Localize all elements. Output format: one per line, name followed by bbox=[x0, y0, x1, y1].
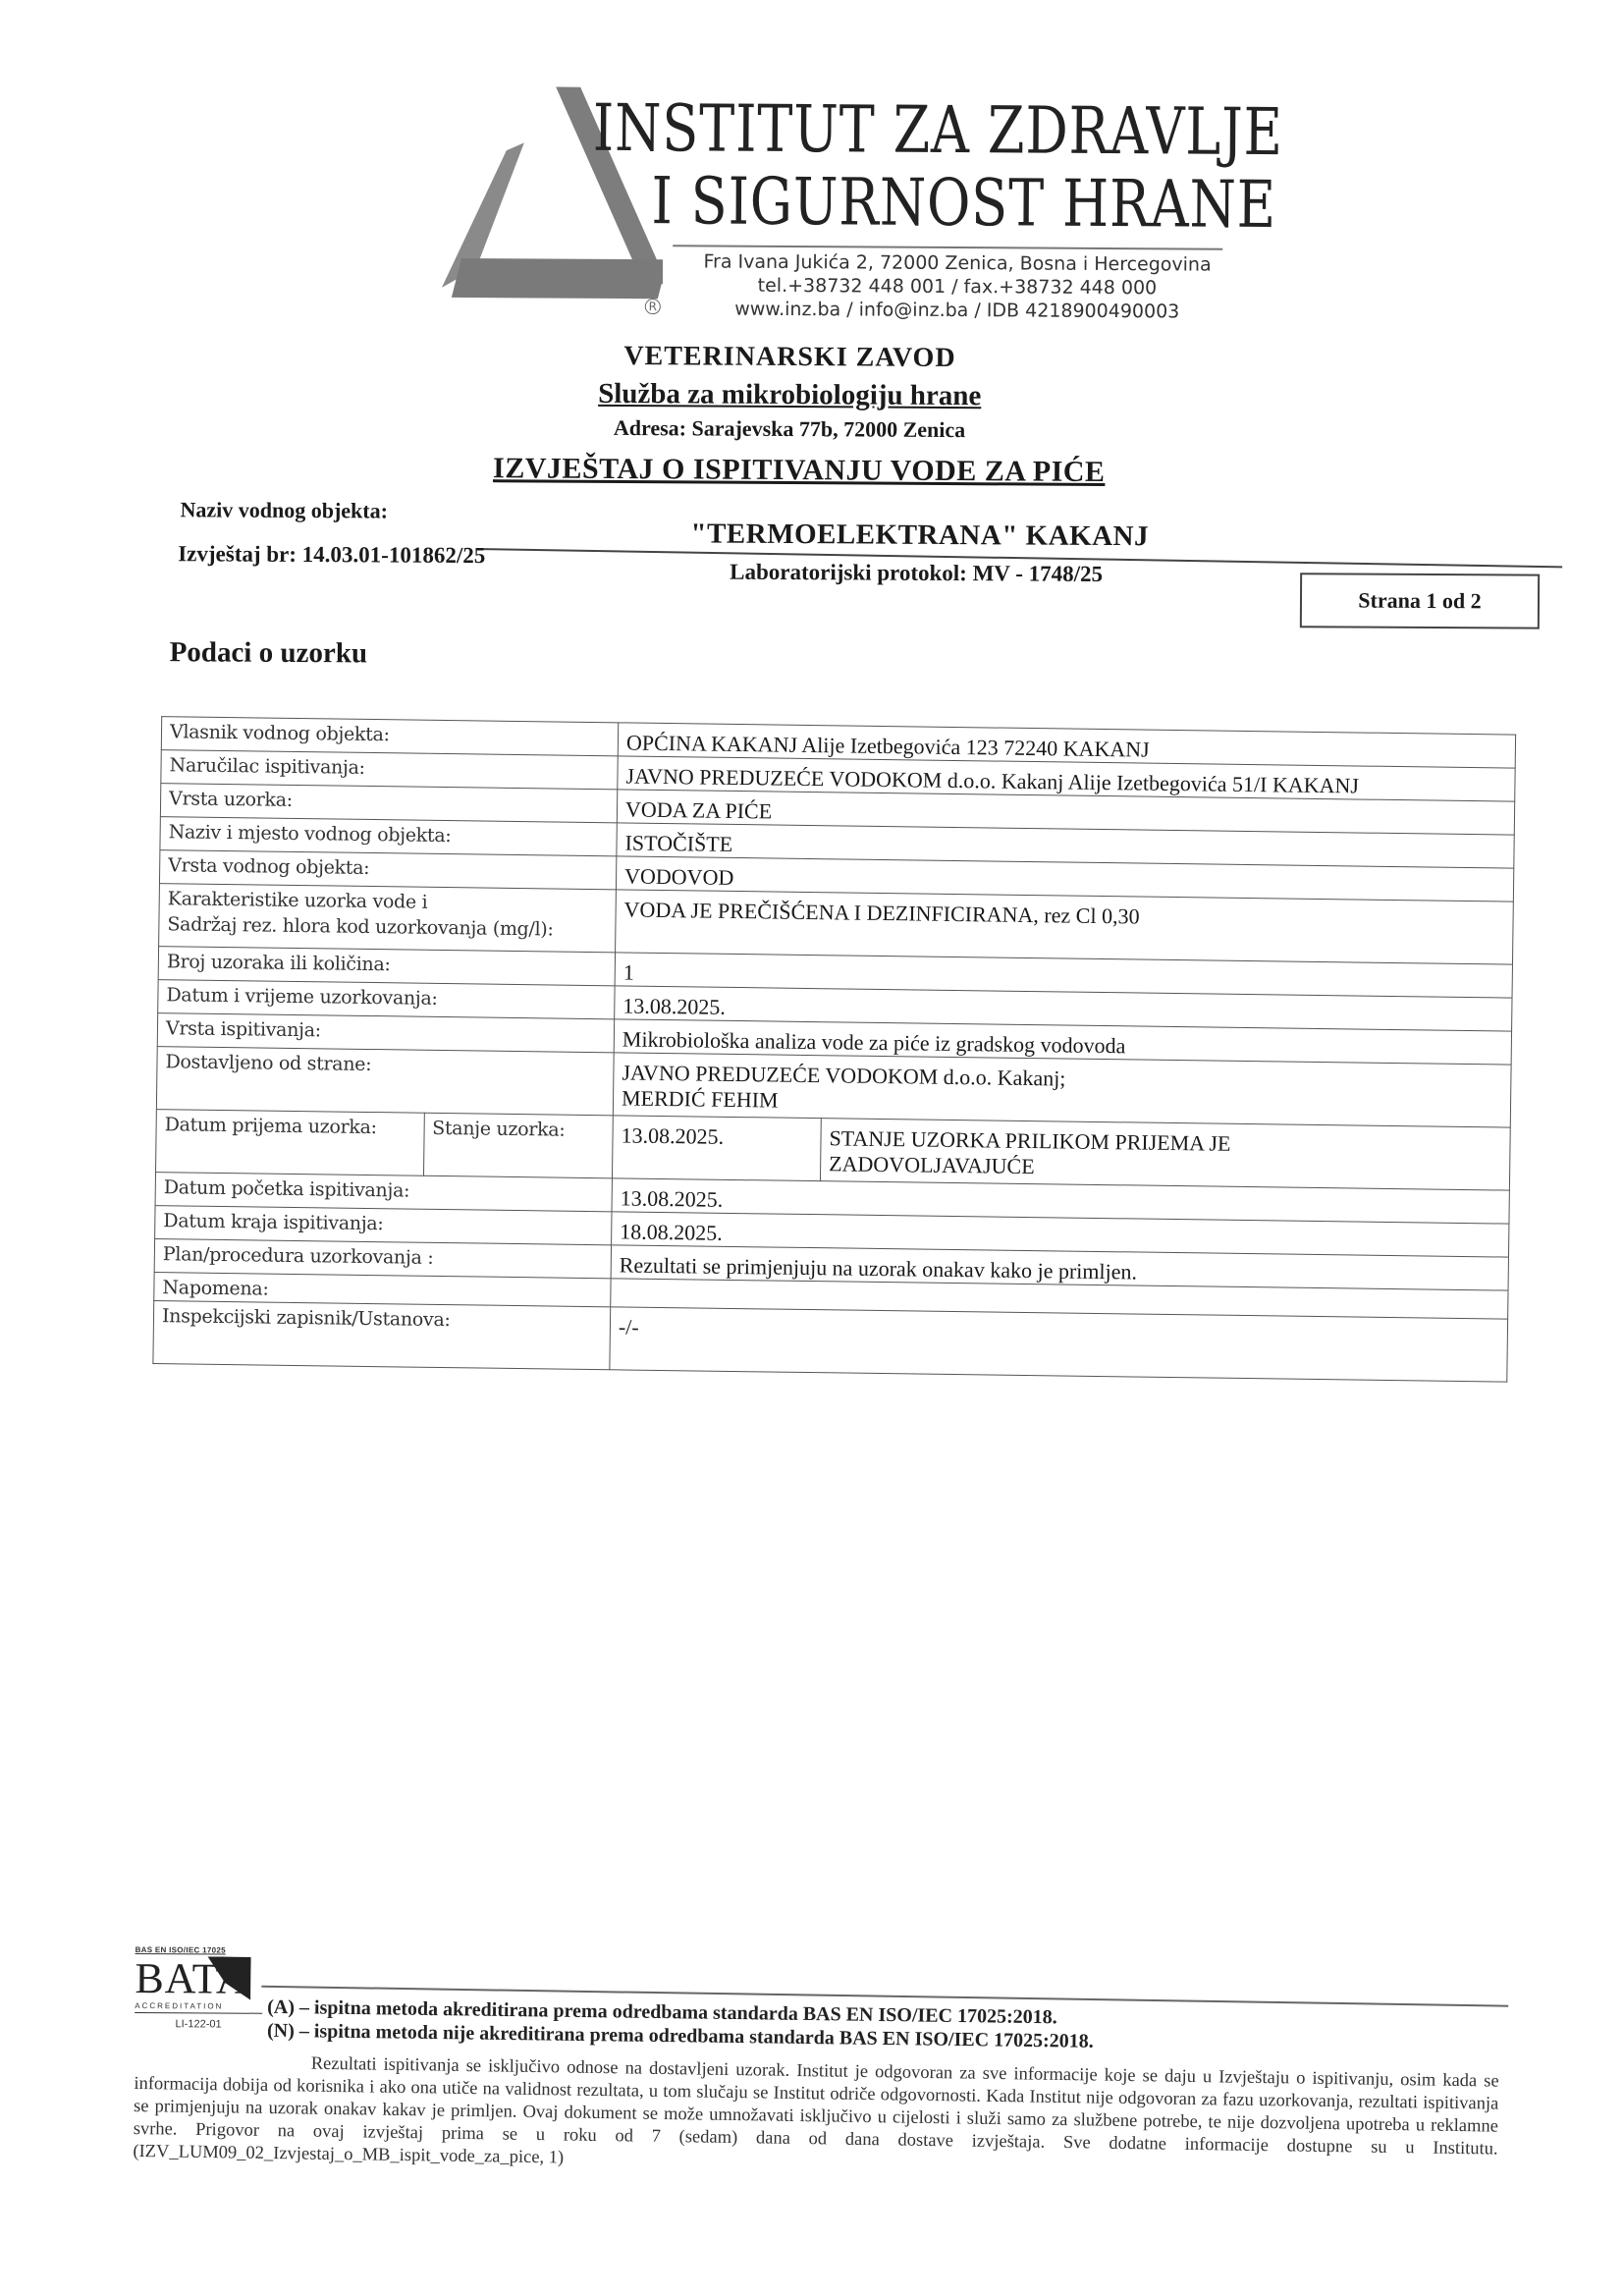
water-object-label: Naziv vodnog objekta: bbox=[180, 497, 388, 523]
bata-logo-icon: BATA bbox=[135, 1956, 262, 2002]
row-label: Dostavljeno od strane: bbox=[156, 1047, 614, 1116]
lab-protocol: Laboratorijski protokol: MV - 1748/25 bbox=[730, 560, 1103, 587]
org-name-line1: INSTITUT ZA ZDRAVLJE bbox=[593, 92, 1283, 169]
row-value: -/- bbox=[610, 1307, 1508, 1382]
department-name: VETERINARSKI ZAVOD bbox=[495, 340, 1084, 375]
org-phone-fax: tel.+38732 448 001 / fax.+38732 448 000 bbox=[682, 273, 1232, 300]
org-name-line2: I SIGURNOST HRANE bbox=[651, 165, 1293, 242]
org-web-email: www.inz.ba / info@inz.ba / IDB 421890049… bbox=[682, 297, 1232, 323]
report-number: Izvještaj br: 14.03.01-101862/25 bbox=[178, 541, 485, 569]
row-label-secondary: Stanje uzorka: bbox=[423, 1113, 613, 1178]
department-service: Služba za mikrobiologiju hrane bbox=[495, 377, 1084, 413]
department-address: Adresa: Sarajevska 77b, 72000 Zenica bbox=[495, 414, 1084, 444]
indent-spacer bbox=[135, 2066, 311, 2069]
row-value: 13.08.2025. bbox=[612, 1116, 821, 1181]
accreditation-badge: BAS EN ISO/IEC 17025 BATA ACCREDITATION … bbox=[135, 1945, 263, 2031]
sample-data-table: Vlasnik vodnog objekta: OPĆINA KAKANJ Al… bbox=[152, 716, 1516, 1382]
org-address: Fra Ivana Jukića 2, 72000 Zenica, Bosna … bbox=[682, 249, 1232, 276]
page-indicator: Strana 1 od 2 bbox=[1300, 573, 1540, 629]
row-value: VODA JE PREČIŠĆENA I DEZINFICIRANA, rez … bbox=[616, 890, 1514, 964]
accreditation-subtext: ACCREDITATION bbox=[135, 2001, 262, 2014]
row-value-secondary: STANJE UZORKA PRILIKOM PRIJEMA JE ZADOVO… bbox=[820, 1119, 1510, 1190]
organization-contact: Fra Ivana Jukića 2, 72000 Zenica, Bosna … bbox=[682, 249, 1232, 323]
row-label: Datum prijema uzorka: bbox=[156, 1110, 424, 1176]
report-page: INSTITUT ZA ZDRAVLJE I SIGURNOST HRANE R… bbox=[0, 0, 1624, 2296]
row-label-line2: Sadržaj rez. hlora kod uzorkovanja (mg/l… bbox=[167, 911, 607, 943]
row-label: Karakteristike uzorka vode i Sadržaj rez… bbox=[159, 884, 617, 953]
organization-name: INSTITUT ZA ZDRAVLJE I SIGURNOST HRANE bbox=[592, 92, 1435, 243]
row-label: Inspekcijski zapisnik/Ustanova: bbox=[153, 1301, 611, 1370]
registered-mark-icon: R bbox=[645, 299, 661, 314]
section-title: Podaci o uzorku bbox=[170, 636, 368, 670]
accreditation-code: LI-122-01 bbox=[135, 2018, 262, 2031]
disclaimer-text: Rezultati ispitivanja se isključivo odno… bbox=[133, 2054, 1499, 2168]
report-title: IZVJEŠTAJ O ISPITIVANJU VODE ZA PIĆE bbox=[416, 452, 1182, 490]
disclaimer: Rezultati ispitivanja se isključivo odno… bbox=[133, 2050, 1499, 2184]
row-value: JAVNO PREDUZEĆE VODOKOM d.o.o. Kakanj; M… bbox=[613, 1053, 1511, 1127]
water-object-name: "TERMOELEKTRANA" KAKANJ bbox=[690, 518, 1149, 553]
